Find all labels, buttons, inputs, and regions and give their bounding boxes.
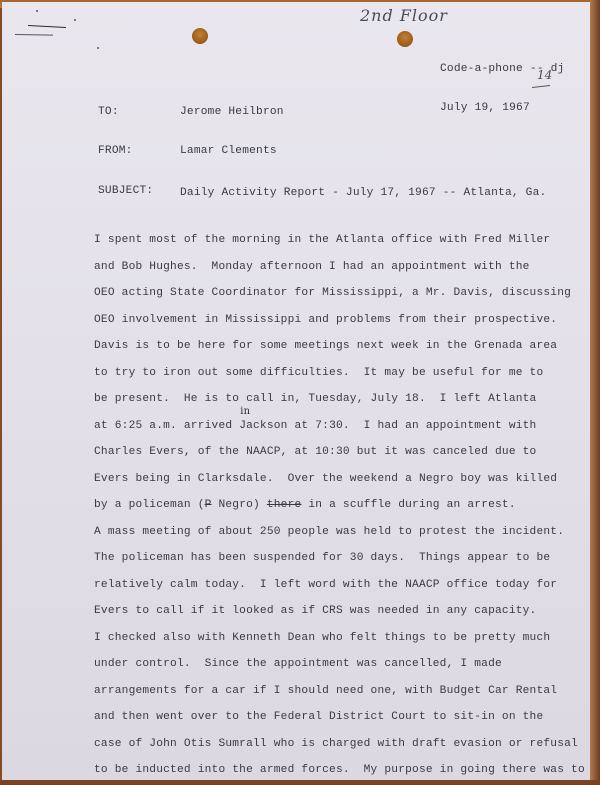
line-text: in a scuffle during an arrest. <box>301 499 515 511</box>
body-line: relatively calm today. I left word with … <box>94 572 534 599</box>
speck <box>97 47 99 49</box>
body-line: under control. Since the appointment was… <box>94 651 534 678</box>
body-line: and Bob Hughes. Monday afternoon I had a… <box>94 254 534 281</box>
page-annotation: 14 <box>537 68 552 82</box>
desk-background-right <box>590 0 600 785</box>
line-text: Negro) <box>212 499 267 511</box>
body-line: Evers being in Clarksdale. Over the week… <box>94 466 534 493</box>
body-line: and then went over to the Federal Distri… <box>94 704 534 731</box>
body-line-with-insertion: at 6:25 a.m. arrived inJackson at 7:30. … <box>94 413 534 440</box>
line-text: by a policeman ( <box>94 499 205 511</box>
body-line: OEO acting State Coordinator for Mississ… <box>94 280 534 307</box>
from-value: Lamar Clements <box>180 145 277 157</box>
speck <box>36 10 38 12</box>
handwritten-note: 2nd Floor <box>360 6 448 25</box>
handwritten-insertion: in <box>240 406 250 418</box>
body-line-with-strikeout: by a policeman (P Negro) there in a scuf… <box>94 492 534 519</box>
body-line: I spent most of the morning in the Atlan… <box>94 227 534 254</box>
date-line: July 19, 1967 <box>440 102 564 115</box>
body-line: Charles Evers, of the NAACP, at 10:30 bu… <box>94 439 534 466</box>
dictation-info: Code-a-phone -- dj July 19, 1967 <box>440 37 564 128</box>
struck-text: P <box>205 499 212 511</box>
punch-hole-left <box>192 28 208 44</box>
from-label: FROM: <box>98 145 133 157</box>
subject-label: SUBJECT: <box>98 185 153 197</box>
line-text: Jackson at 7:30. I had an appointment wi… <box>239 420 536 432</box>
body-line: OEO involvement in Mississippi and probl… <box>94 307 534 334</box>
speck <box>74 19 76 21</box>
body-line: arrangements for a car if I should need … <box>94 678 534 705</box>
body-line: Evers to call if it looked as if CRS was… <box>94 598 534 625</box>
subject-value: Daily Activity Report - July 17, 1967 --… <box>180 187 546 199</box>
body-line: The policeman has been suspended for 30 … <box>94 545 534 572</box>
body-line: A mass meeting of about 250 people was h… <box>94 519 534 546</box>
struck-text: there <box>267 499 302 511</box>
memo-body: I spent most of the morning in the Atlan… <box>94 227 534 784</box>
punch-hole-right <box>397 31 413 47</box>
body-line: Davis is to be here for some meetings ne… <box>94 333 534 360</box>
body-line: to be inducted into the armed forces. My… <box>94 757 534 784</box>
to-label: TO: <box>98 106 119 118</box>
line-text: at 6:25 a.m. arrived <box>94 420 239 432</box>
body-line: case of John Otis Sumrall who is charged… <box>94 731 534 758</box>
body-line: I checked also with Kenneth Dean who fel… <box>94 625 534 652</box>
to-value: Jerome Heilbron <box>180 106 284 118</box>
body-line: be present. He is to call in, Tuesday, J… <box>94 386 534 413</box>
body-line: to try to iron out some difficulties. It… <box>94 360 534 387</box>
